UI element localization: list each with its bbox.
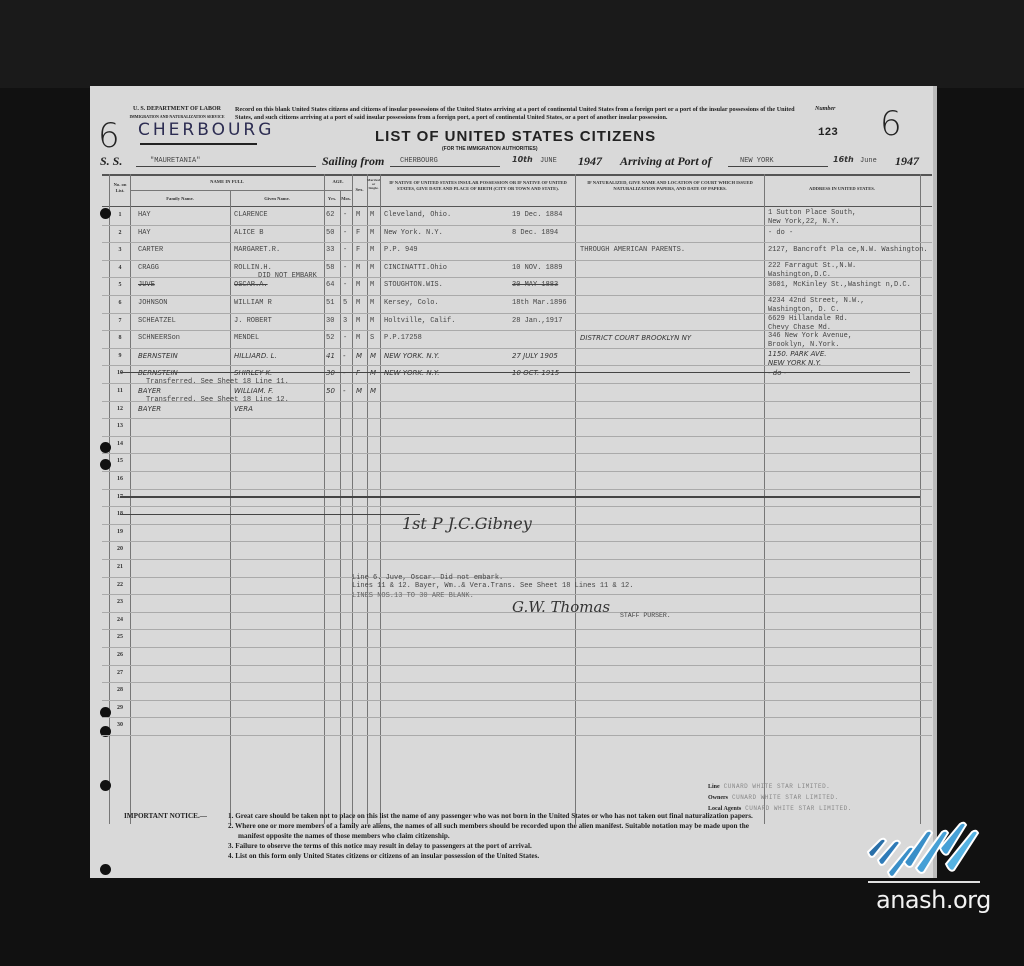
owners-value: CUNARD WHITE STAR LIMITED. <box>732 794 839 801</box>
notice-item-3: 3. Failure to observe the terms of this … <box>228 841 928 851</box>
family-name: BAYER <box>138 387 161 395</box>
age-months: - <box>343 334 347 342</box>
given-name: WILLIAM R <box>234 299 272 307</box>
birth-date: 19 Dec. 1884 <box>512 211 562 219</box>
address: - do - <box>768 369 786 377</box>
family-name: JUVE <box>138 281 155 289</box>
punch-hole <box>100 459 111 470</box>
notice-lead: IMPORTANT NOTICE.— <box>124 811 207 821</box>
sheet-edge <box>933 86 937 878</box>
age-months: - <box>343 352 346 360</box>
departure-month: JUNE <box>540 157 557 165</box>
strike-line-row-11 <box>120 496 920 498</box>
row-number: 9 <box>113 353 127 359</box>
form-id-block: U. S. DEPARTMENT OF LABOR IMMIGRATION AN… <box>122 106 232 120</box>
page-title: LIST OF UNITED STATES CITIZENS <box>375 128 656 145</box>
notice-item-1: 1. Great care should be taken not to pla… <box>228 811 928 821</box>
sex: F <box>356 246 360 254</box>
row-number: 25 <box>113 634 127 640</box>
given-name: VERA <box>234 405 253 413</box>
sheet-number: 123 <box>818 127 838 139</box>
address-line-2: Brooklyn, N.York. <box>768 341 839 349</box>
col-address: ADDRESS IN UNITED STATES. <box>764 186 920 192</box>
signature-title: STAFF PURSER. <box>620 612 671 620</box>
age-years: 33 <box>326 246 334 254</box>
col-married: Married or Single. <box>367 178 380 190</box>
shin-logo-icon <box>860 818 990 880</box>
row-rule <box>102 489 932 490</box>
family-name: HAY <box>138 211 151 219</box>
row-number: 27 <box>113 670 127 676</box>
age-years: 50 <box>326 229 334 237</box>
col-mos: Mos. <box>340 196 352 202</box>
film-border-top <box>0 0 1024 88</box>
col-family-name: Family Name. <box>130 196 230 202</box>
row-rule <box>102 453 932 454</box>
margin-number-left: 6 <box>98 116 120 156</box>
address: 222 Farragut St.,N.W. <box>768 262 856 270</box>
age-months: - <box>343 369 346 377</box>
birth-date: 10 NOV. 1889 <box>512 264 562 272</box>
row-number: 3 <box>113 247 127 253</box>
birth-place: NEW YORK. N.Y. <box>384 352 439 360</box>
address: 346 New York Avenue, <box>768 332 852 340</box>
row-note: Transferred. See Sheet 18 Line 11. <box>146 378 289 386</box>
line-label: Line <box>708 784 720 790</box>
row-rule <box>102 577 932 578</box>
sailing-from-label: Sailing from <box>322 154 384 169</box>
col-given-name: Given Name. <box>230 196 324 202</box>
marital-status: M <box>370 317 374 325</box>
arrival-port: NEW YORK <box>740 157 774 165</box>
sex: F <box>356 229 360 237</box>
birth-place: New York. N.Y. <box>384 229 443 237</box>
row-number: 28 <box>113 687 127 693</box>
birth-place: CINCINATTI.Ohio <box>384 264 447 272</box>
age-months: 3 <box>343 317 347 325</box>
naturalization: DISTRICT COURT BROOKLYN NY <box>580 334 691 342</box>
notice-item-2-cont: manifest opposite the names of those mem… <box>228 831 928 841</box>
naturalization: THROUGH AMERICAN PARENTS. <box>580 246 685 254</box>
row-rule <box>102 682 932 683</box>
age-months: - <box>343 387 346 395</box>
record-instructions: Record on this blank United States citiz… <box>235 106 795 122</box>
col-name-in-full: NAME IN FULL <box>130 179 324 185</box>
birth-date: 30 MAY 1883 <box>512 281 558 289</box>
marital-status: M <box>370 211 374 219</box>
row-rule <box>102 559 932 560</box>
birth-place: NEW YORK. N.Y. <box>384 369 439 377</box>
logo-rule <box>868 881 980 883</box>
row-rule <box>102 594 932 595</box>
row-number: 14 <box>113 441 127 447</box>
col-age: AGE. <box>324 179 352 185</box>
row-number: 21 <box>113 564 127 570</box>
family-name: CARTER <box>138 246 163 254</box>
notice-item-4: 4. List on this form only United States … <box>228 851 928 861</box>
row-number: 6 <box>113 300 127 306</box>
age-years: 52 <box>326 334 334 342</box>
row-note: DID NOT EMBARK <box>258 272 317 280</box>
row-number: 4 <box>113 265 127 271</box>
row-rule <box>102 471 932 472</box>
address: 4234 42nd Street, N.W., <box>768 297 865 305</box>
given-name: CLARENCE <box>234 211 268 219</box>
marital-status: M <box>370 246 374 254</box>
address: 3601, McKinley St.,Washingt n,D.C. <box>768 281 911 289</box>
row-number: 11 <box>113 388 127 394</box>
service: IMMIGRATION AND NATURALIZATION SERVICE <box>122 113 232 120</box>
age-years: 62 <box>326 211 334 219</box>
row-number: 30 <box>113 722 127 728</box>
birth-date: 27 JULY 1905 <box>512 352 558 360</box>
strike-line-row-12 <box>120 514 420 515</box>
row-rule <box>102 700 932 701</box>
manifest-sheet: 6 6 U. S. DEPARTMENT OF LABOR IMMIGRATIO… <box>90 86 933 878</box>
family-name: JOHNSON <box>138 299 167 307</box>
punch-hole <box>100 864 111 875</box>
family-name: BERNSTEIN <box>138 369 178 377</box>
given-name: ROLLIN.H. <box>234 264 272 272</box>
marital-status: M <box>370 264 374 272</box>
departure-day: 10th <box>512 155 533 164</box>
given-name: MENDEL <box>234 334 259 342</box>
birth-date: 8 Dec. 1894 <box>512 229 558 237</box>
punch-hole <box>100 208 111 219</box>
arrival-year: 1947 <box>895 154 919 169</box>
row-number: 15 <box>113 458 127 464</box>
sex: M <box>356 387 362 395</box>
marital-status: M <box>370 229 374 237</box>
purser-signature: G.W. Thomas <box>512 598 610 616</box>
marital-status: M <box>370 281 374 289</box>
page-subtitle: (FOR THE IMMIGRATION AUTHORITIES) <box>442 146 538 152</box>
marital-status: M <box>370 352 376 360</box>
col-no-on-list: No. on List. <box>110 182 130 194</box>
row-rule <box>102 436 932 437</box>
row-number: 13 <box>113 423 127 429</box>
row-number: 22 <box>113 582 127 588</box>
row-rule <box>102 541 932 542</box>
note-line-3: LINES NOS.13 TO 30 ARE BLANK. <box>352 592 474 600</box>
birth-place: Cleveland, Ohio. <box>384 211 451 219</box>
row-number: 20 <box>113 546 127 552</box>
port-handwritten: CHERBOURG <box>138 120 274 140</box>
birth-place: Holtville, Calif. <box>384 317 455 325</box>
birth-place: P.P.17258 <box>384 334 422 342</box>
col-yrs: Yrs. <box>324 196 340 202</box>
port-underline <box>140 143 257 145</box>
notice-item-2: 2. Where one or more members of a family… <box>228 821 928 831</box>
address: 2127, Bancroft Pla ce,N.W. Washington. <box>768 246 928 254</box>
owners-label: Owners <box>708 795 728 801</box>
number-label: Number <box>815 106 835 112</box>
given-name: OSCAR.A. <box>234 281 268 289</box>
row-number: 19 <box>113 529 127 535</box>
ship-label: S. S. <box>100 154 122 169</box>
address-line-2: Chevy Chase Md. <box>768 324 831 332</box>
given-name: HILLIARD. L. <box>234 352 277 360</box>
row-number: 24 <box>113 617 127 623</box>
punch-hole <box>100 442 111 453</box>
anash-watermark: anash.org <box>860 818 990 938</box>
row-number: 16 <box>113 476 127 482</box>
address: 1150. PARK AVE. <box>768 350 826 358</box>
age-years: 30 <box>326 369 335 377</box>
line-value: CUNARD WHITE STAR LIMITED. <box>724 783 831 790</box>
marital-status: M <box>370 369 376 377</box>
row-number: 8 <box>113 335 127 341</box>
birth-place: P.P. 949 <box>384 246 418 254</box>
row-rule <box>102 647 932 648</box>
family-name: SCHEATZEL <box>138 317 176 325</box>
punch-hole <box>100 707 111 718</box>
inspector-mark: 1st P J.C.Gibney <box>402 514 532 533</box>
sex: M <box>356 317 360 325</box>
sex: M <box>356 281 360 289</box>
birth-place: Kersey, Colo. <box>384 299 439 307</box>
age-months: - <box>343 246 347 254</box>
row-rule <box>102 260 932 261</box>
strike-line-row-5 <box>120 372 910 373</box>
address-line-2: New York,22, N.Y. <box>768 218 839 226</box>
birth-date: 10 OCT. 1915 <box>512 369 559 377</box>
address: - do - <box>768 229 793 237</box>
sex: M <box>356 352 362 360</box>
given-name: MARGARET.R. <box>234 246 280 254</box>
age-months: - <box>343 281 347 289</box>
row-number: 12 <box>113 406 127 412</box>
family-name: BERNSTEIN <box>138 352 178 360</box>
family-name: HAY <box>138 229 151 237</box>
age-years: 41 <box>326 352 335 360</box>
col-naturalization: IF NATURALIZED, GIVE NAME AND LOCATION O… <box>580 180 760 192</box>
row-note: Transferred. See Sheet 18 Line 12. <box>146 396 289 404</box>
row-rule <box>102 418 932 419</box>
sailing-from: CHERBOURG <box>400 157 438 165</box>
age-years: 58 <box>326 264 334 272</box>
age-months: - <box>343 229 347 237</box>
family-name: SCHNEERSon <box>138 334 180 342</box>
col-birth: IF NATIVE OF UNITED STATES INSULAR POSSE… <box>384 180 572 192</box>
address-line-2: Washington,D.C. <box>768 271 831 279</box>
age-months: 5 <box>343 299 347 307</box>
birth-date: 28 Jan.,1917 <box>512 317 562 325</box>
address-line-2: Washington, D. C. <box>768 306 839 314</box>
row-number: 2 <box>113 230 127 236</box>
department: U. S. DEPARTMENT OF LABOR <box>122 106 232 113</box>
row-rule <box>102 629 932 630</box>
row-number: 29 <box>113 705 127 711</box>
arrival-day: 16th <box>833 155 854 164</box>
age-years: 64 <box>326 281 334 289</box>
arriving-label: Arriving at Port of <box>620 154 712 169</box>
note-line-2: Lines 11 & 12. Bayer, Wm..& Vera.Trans. … <box>352 582 633 590</box>
ship-name: "MAURETANIA" <box>150 157 200 165</box>
row-rule <box>102 295 932 296</box>
birth-place: STOUGHTON.WIS. <box>384 281 443 289</box>
sex: M <box>356 334 360 342</box>
row-rule <box>102 735 932 736</box>
address: 6629 Hillandale Rd. <box>768 315 848 323</box>
marital-status: M <box>370 387 376 395</box>
birth-date: 18th Mar.1896 <box>512 299 567 307</box>
passenger-table: No. on List. NAME IN FULL Family Name. G… <box>102 174 932 860</box>
row-rule <box>102 665 932 666</box>
voyage-line: S. S. "MAURETANIA" Sailing from CHERBOUR… <box>100 154 930 168</box>
marital-status: M <box>370 299 374 307</box>
family-name: CRAGG <box>138 264 159 272</box>
address-line-2: NEW YORK N.Y. <box>768 359 821 367</box>
age-years: 50 <box>326 387 335 395</box>
row-number: 1 <box>113 212 127 218</box>
age-years: 51 <box>326 299 334 307</box>
row-number: 7 <box>113 318 127 324</box>
given-name: WILLIAM. F. <box>234 387 273 395</box>
given-name: J. ROBERT <box>234 317 272 325</box>
family-name: BAYER <box>138 405 161 413</box>
sex: F <box>356 369 360 377</box>
departure-year: 1947 <box>578 154 602 169</box>
watermark-text: anash.org <box>876 886 991 914</box>
arrival-month: June <box>860 157 877 165</box>
address: 1 Sutton Place South, <box>768 209 856 217</box>
sex: M <box>356 264 360 272</box>
sex: M <box>356 211 360 219</box>
row-rule <box>102 242 932 243</box>
age-months: - <box>343 211 347 219</box>
marital-status: S <box>370 334 374 342</box>
col-sex: Sex. <box>352 187 367 193</box>
note-line-1: Line 6. Juve, Oscar. Did not embark. <box>352 574 503 582</box>
row-number: 26 <box>113 652 127 658</box>
punch-hole <box>100 780 111 791</box>
row-number: 23 <box>113 599 127 605</box>
given-name: ALICE B <box>234 229 263 237</box>
sex: M <box>356 299 360 307</box>
row-rule <box>102 717 932 718</box>
age-years: 30 <box>326 317 334 325</box>
row-number: 5 <box>113 282 127 288</box>
given-name: SHIRLEY K. <box>234 369 272 377</box>
age-months: - <box>343 264 347 272</box>
row-rule <box>102 506 932 507</box>
margin-number-right: 6 <box>880 104 902 144</box>
